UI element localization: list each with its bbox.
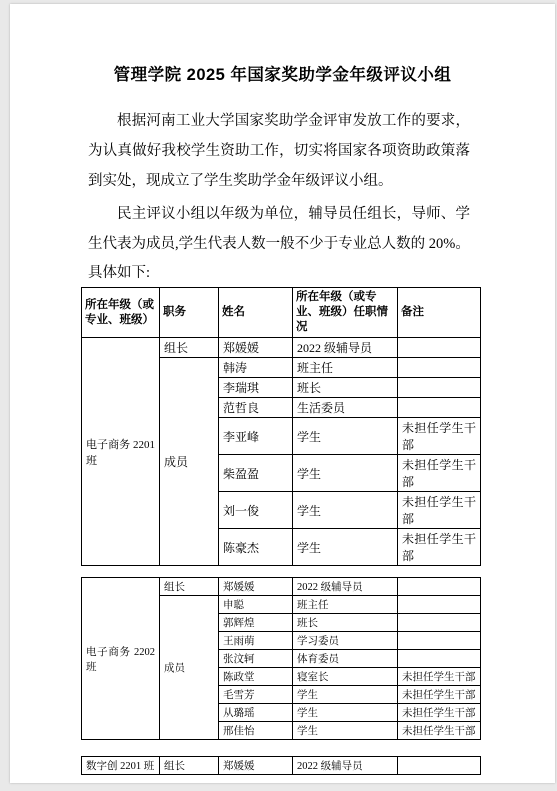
role-cell: 组长 (160, 578, 219, 596)
name-cell: 李亚峰 (219, 418, 293, 455)
group-cell: 电子商务 2201 班 (82, 338, 160, 566)
role-cell: 组长 (160, 757, 219, 775)
position-cell: 体育委员 (293, 650, 398, 668)
note-cell: 未担任学生干部 (398, 529, 481, 566)
position-cell: 学生 (293, 722, 398, 740)
header-cell: 所在年级（或专业、班级） (82, 288, 160, 338)
table-header-row: 所在年级（或专业、班级）职务姓名所在年级（或专业、班级）任职情况备注 (82, 288, 481, 338)
name-cell: 王雨萌 (219, 632, 293, 650)
note-cell (398, 398, 481, 418)
note-cell: 未担任学生干部 (398, 418, 481, 455)
lead-in-text: 具体如下: (88, 259, 555, 287)
position-cell: 2022 级辅导员 (293, 578, 398, 596)
note-cell: 未担任学生干部 (398, 686, 481, 704)
paragraph-rules: 民主评议小组以年级为单位，辅导员任组长，导师、学生代表为成员,学生代表人数一般不… (88, 199, 470, 259)
note-cell (398, 358, 481, 378)
note-cell (398, 596, 481, 614)
note-cell (398, 614, 481, 632)
position-cell: 学生 (293, 492, 398, 529)
note-cell: 未担任学生干部 (398, 722, 481, 740)
name-cell: 申聪 (219, 596, 293, 614)
roster-table-2: 电子商务 2202 班组长郑媛媛2022 级辅导员成员申聪班主任郭辉煌班长王雨萌… (81, 577, 481, 740)
name-cell: 张汶轲 (219, 650, 293, 668)
name-cell: 从璐瑶 (219, 704, 293, 722)
paragraph-intro: 根据河南工业大学国家奖助学金评审发放工作的要求，为认真做好我校学生资助工作，切实… (88, 106, 470, 196)
note-cell (398, 757, 481, 775)
name-cell: 柴盈盈 (219, 455, 293, 492)
position-cell: 班主任 (293, 596, 398, 614)
roster-table-3: 数字创 2201 班组长郑媛媛2022 级辅导员 (81, 756, 481, 775)
name-cell: 李瑞琪 (219, 378, 293, 398)
position-cell: 生活委员 (293, 398, 398, 418)
position-cell: 寝室长 (293, 668, 398, 686)
name-cell: 韩涛 (219, 358, 293, 378)
position-cell: 班长 (293, 378, 398, 398)
name-cell: 郑媛媛 (219, 578, 293, 596)
name-cell: 邢佳怡 (219, 722, 293, 740)
note-cell: 未担任学生干部 (398, 668, 481, 686)
note-cell (398, 578, 481, 596)
position-cell: 2022 级辅导员 (293, 338, 398, 358)
role-cell: 成员 (160, 596, 219, 740)
position-cell: 学生 (293, 686, 398, 704)
name-cell: 郑媛媛 (219, 338, 293, 358)
note-cell: 未担任学生干部 (398, 492, 481, 529)
position-cell: 学习委员 (293, 632, 398, 650)
roster-table-1: 所在年级（或专业、班级）职务姓名所在年级（或专业、班级）任职情况备注电子商务 2… (81, 287, 481, 566)
note-cell (398, 378, 481, 398)
note-cell (398, 338, 481, 358)
group-cell: 数字创 2201 班 (82, 757, 160, 775)
note-cell (398, 650, 481, 668)
position-cell: 学生 (293, 704, 398, 722)
document-page: 管理学院 2025 年国家奖助学金年级评议小组 根据河南工业大学国家奖助学金评审… (10, 4, 555, 783)
position-cell: 班长 (293, 614, 398, 632)
group-cell: 电子商务 2202 班 (82, 578, 160, 740)
position-cell: 2022 级辅导员 (293, 757, 398, 775)
header-cell: 姓名 (219, 288, 293, 338)
name-cell: 毛雪芳 (219, 686, 293, 704)
note-cell: 未担任学生干部 (398, 455, 481, 492)
role-cell: 组长 (160, 338, 219, 358)
position-cell: 学生 (293, 529, 398, 566)
table-row: 数字创 2201 班组长郑媛媛2022 级辅导员 (82, 757, 481, 775)
position-cell: 学生 (293, 418, 398, 455)
name-cell: 陈政堂 (219, 668, 293, 686)
table-row: 电子商务 2202 班组长郑媛媛2022 级辅导员 (82, 578, 481, 596)
name-cell: 刘一俊 (219, 492, 293, 529)
table-row: 电子商务 2201 班组长郑媛媛2022 级辅导员 (82, 338, 481, 358)
name-cell: 郭辉煌 (219, 614, 293, 632)
name-cell: 陈豪杰 (219, 529, 293, 566)
note-cell: 未担任学生干部 (398, 704, 481, 722)
position-cell: 学生 (293, 455, 398, 492)
header-cell: 职务 (160, 288, 219, 338)
name-cell: 郑媛媛 (219, 757, 293, 775)
position-cell: 班主任 (293, 358, 398, 378)
note-cell (398, 632, 481, 650)
name-cell: 范哲良 (219, 398, 293, 418)
header-cell: 所在年级（或专业、班级）任职情况 (293, 288, 398, 338)
page-title: 管理学院 2025 年国家奖助学金年级评议小组 (10, 4, 555, 86)
role-cell: 成员 (160, 358, 219, 566)
header-cell: 备注 (398, 288, 481, 338)
roster-tables-container: 所在年级（或专业、班级）职务姓名所在年级（或专业、班级）任职情况备注电子商务 2… (81, 287, 480, 775)
